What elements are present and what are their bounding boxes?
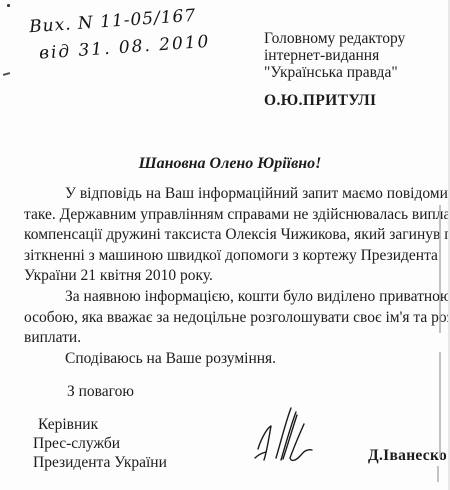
body-paragraph: За наявною інформацією, кошти було виділ… [24, 287, 433, 349]
scan-artifact-line [437, 466, 439, 482]
scanned-letter-page: Вих. N 11-05/167 від 31. 08. 2010 Головн… [0, 0, 450, 490]
scan-speck-dot [7, 4, 10, 7]
recipient-line: "Українська правда" [264, 64, 405, 81]
body-line: За наявною інформацією, кошти було виділ… [24, 287, 433, 308]
handwritten-signature-icon [250, 397, 320, 471]
body-line: особою, яка вважає за недоцільне розголо… [24, 308, 433, 329]
signer-title-line: Президента України [33, 454, 167, 473]
recipient-name: О.Ю.ПРИТУЛІ [264, 92, 405, 109]
salutation: Шановна Олено Юріївно! [24, 155, 436, 173]
body-line: виплати. [24, 328, 433, 349]
body-line: таке. Державним управлінням справами не … [24, 205, 433, 226]
recipient-line: Головному редактору [264, 30, 405, 47]
signer-title-block: Керівник Прес-служби Президента України [33, 416, 167, 472]
signer-title-line: Керівник [33, 416, 167, 435]
body-line: У відповідь на Ваш інформаційний запит м… [24, 184, 433, 205]
body-line: України 21 квітня 2010 року. [24, 266, 433, 287]
closing-phrase: З повагою [67, 383, 134, 401]
letter-body: У відповідь на Ваш інформаційний запит м… [24, 184, 433, 369]
body-paragraph: Сподіваюсь на Ваше розуміння. [24, 349, 433, 370]
body-paragraph: У відповідь на Ваш інформаційний запит м… [24, 184, 433, 287]
recipient-line: інтернет-видання [264, 47, 405, 64]
recipient-block: Головному редактору інтернет-видання "Ук… [264, 30, 405, 109]
scan-speck-dash [3, 72, 10, 76]
body-line: зіткненні з машиною швидкої допомоги з к… [24, 246, 433, 267]
signer-name: Д.Іванеско [368, 447, 447, 465]
body-line: компенсації дружині таксиста Олексія Чиж… [24, 225, 433, 246]
handwritten-reference-note: Вих. N 11-05/167 від 31. 08. 2010 [28, 2, 211, 68]
scan-artifact-line [439, 352, 441, 458]
scan-artifact-line [439, 205, 441, 333]
signer-title-line: Прес-служби [33, 435, 167, 454]
body-line: Сподіваюсь на Ваше розуміння. [24, 349, 433, 370]
